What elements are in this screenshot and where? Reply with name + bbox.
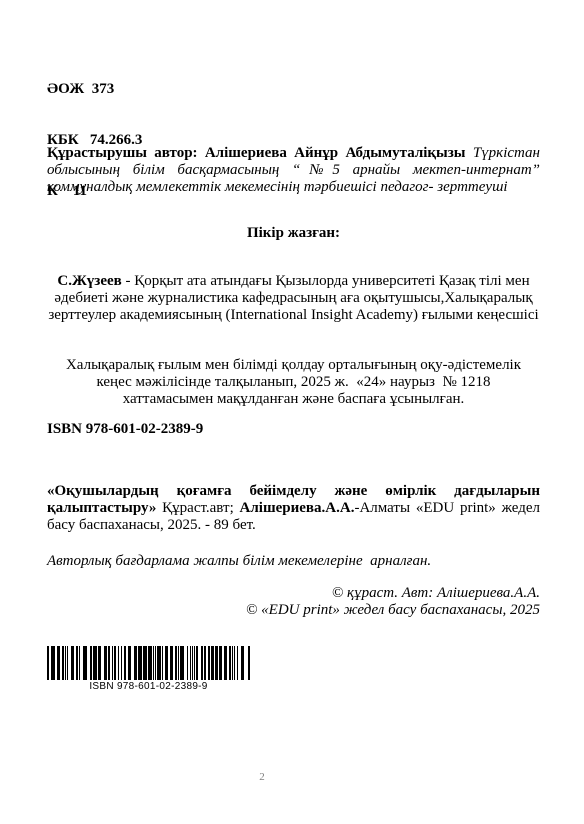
publication-author: Алішериева.А.А.: [240, 500, 355, 516]
audience-note: Авторлық бағдарлама жалпы білім мекемеле…: [47, 553, 540, 570]
publication-compiler-label: Құраст.авт;: [156, 500, 239, 516]
copyright-publisher-line: © «EDU print» жедел басу баспаханасы, 20…: [47, 602, 540, 619]
publication-paragraph: «Оқушылардың қоғамға бейімделу және өмір…: [47, 483, 540, 534]
copyright-author-line: © құраст. Авт: Алішериева.А.А.: [47, 585, 540, 602]
barcode-bars-image: [47, 646, 250, 680]
compiler-author-name: Құрастырушы автор: Алішериева Айнұр Абды…: [47, 145, 466, 161]
reviewer-paragraph: С.Жүзеев - Қорқыт ата атындағы Қызылорда…: [47, 273, 540, 324]
barcode: ISBN 978-601-02-2389-9: [47, 646, 250, 692]
compiler-author-paragraph: Құрастырушы автор: Алішериева Айнұр Абды…: [47, 145, 540, 196]
approval-paragraph: Халықаралық ғылым мен білімді қолдау орт…: [47, 357, 540, 408]
barcode-isbn-label: ISBN 978-601-02-2389-9: [47, 681, 250, 692]
reviewer-name: С.Жүзеев: [57, 273, 121, 289]
isbn-line: ISBN 978-601-02-2389-9: [47, 421, 540, 438]
imprint-page: ӘОЖ 373 КБК 74.266.3 К 11 Құрастырушы ав…: [0, 0, 584, 824]
reviewer-description: - Қорқыт ата атындағы Қызылорда универси…: [48, 273, 538, 323]
copyright-block: © құраст. Авт: Алішериева.А.А. © «EDU pr…: [47, 585, 540, 619]
classification-codes: ӘОЖ 373 КБК 74.266.3 К 11: [47, 47, 540, 234]
reviewer-heading: Пікір жазған:: [47, 225, 540, 242]
udc-code-line: ӘОЖ 373: [47, 81, 540, 98]
page-number: 2: [238, 771, 286, 784]
